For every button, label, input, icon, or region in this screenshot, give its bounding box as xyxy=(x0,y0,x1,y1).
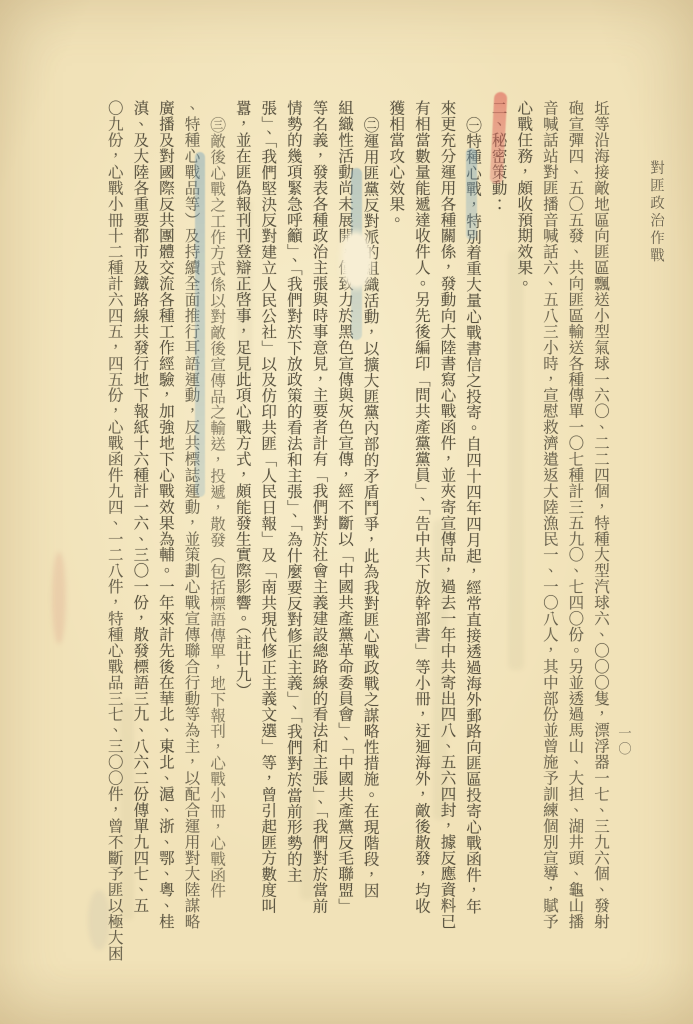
text-column: 張」、「我們堅決反對建立人民公社」以及仿印共匪「人民日報」及「南共現代修正主義文… xyxy=(255,100,281,1005)
text-column: ㊂敵後心戰之工作方式係以對敵後宣傳品之輸送，投遞，散發（包括標語傳單，地下報刊，… xyxy=(204,100,230,1005)
text-column: 滇、及大陸各重要都市及鐵路線共發行地下報紙十六種計一六、三〇一份，散發標語三九、… xyxy=(127,100,153,1005)
page-number: 一〇 xyxy=(613,726,633,757)
section-heading-column: 二、秘密策動： xyxy=(485,100,511,1005)
text-column: 音喊話站對匪播音喊話六、五八三小時，宣慰救濟遣返大陸漁民一、一〇八人，其中部份並… xyxy=(536,100,562,1005)
text-column: 有相當數量能遞達收件人。另先後編印「問共產黨黨員」、「告中共下放幹部書」等小冊，… xyxy=(408,100,434,1005)
text-column: 坵等沿海接敵地區向匪區飄送小型氣球一六〇、二二四個，特種大型汽球六、〇〇〇隻，漂… xyxy=(587,100,613,1005)
text-column: 等名義，發表各種政治主張與時事意見，主要者計有「我們對於社會主義建設總路線的看法… xyxy=(306,100,332,1005)
text-column: 心戰任務，頗收預期效果。 xyxy=(511,100,537,1005)
text-column: 廣播及對國際反共團體交流各種工作經驗，加強地下心戰效果為輔。一年來計先後在華北、… xyxy=(152,100,178,1005)
text-column: 情勢的幾項緊急呼籲」、「我們對於下放政策的看法和主張」、「為什麼要反對修正主義」… xyxy=(280,100,306,1005)
whiteout-patch xyxy=(344,234,370,286)
text-column: ㊀特種心戰，特別着重大量心戰書信之投寄。自四十四年四月起，經常直接透過海外郵路向… xyxy=(459,100,485,1005)
text-column: 獲相當攻心效果。 xyxy=(383,100,409,1005)
text-column: 〇九份，心戰小冊十二種計六四五，四五份，心戰函件九四、一二八件，特種心戰品三七、… xyxy=(101,100,127,1005)
text-column: 、特種心戰品等）及持續全面推行耳語運動，反共標誌運動，並策劃心戰宣傳聯合行動等為… xyxy=(178,100,204,1005)
text-column: 來更充分運用各種關係，發動向大陸書寫心戰函件，並夾寄宣傳品，過去一年中共寄出四八… xyxy=(434,100,460,1005)
margin-title: 對匪政治作戰 xyxy=(646,160,667,265)
text-column: 囂，並在匪偽報刊刊登辯正啓事，足見此項心戰方式，頗能發生實際影響。（註廿九） xyxy=(229,100,255,1005)
text-column: 砲宣彈四、五〇五發、共向匪區輸送各種傳單一〇七種計三五九〇、七四〇份。另並透過馬… xyxy=(562,100,588,1005)
